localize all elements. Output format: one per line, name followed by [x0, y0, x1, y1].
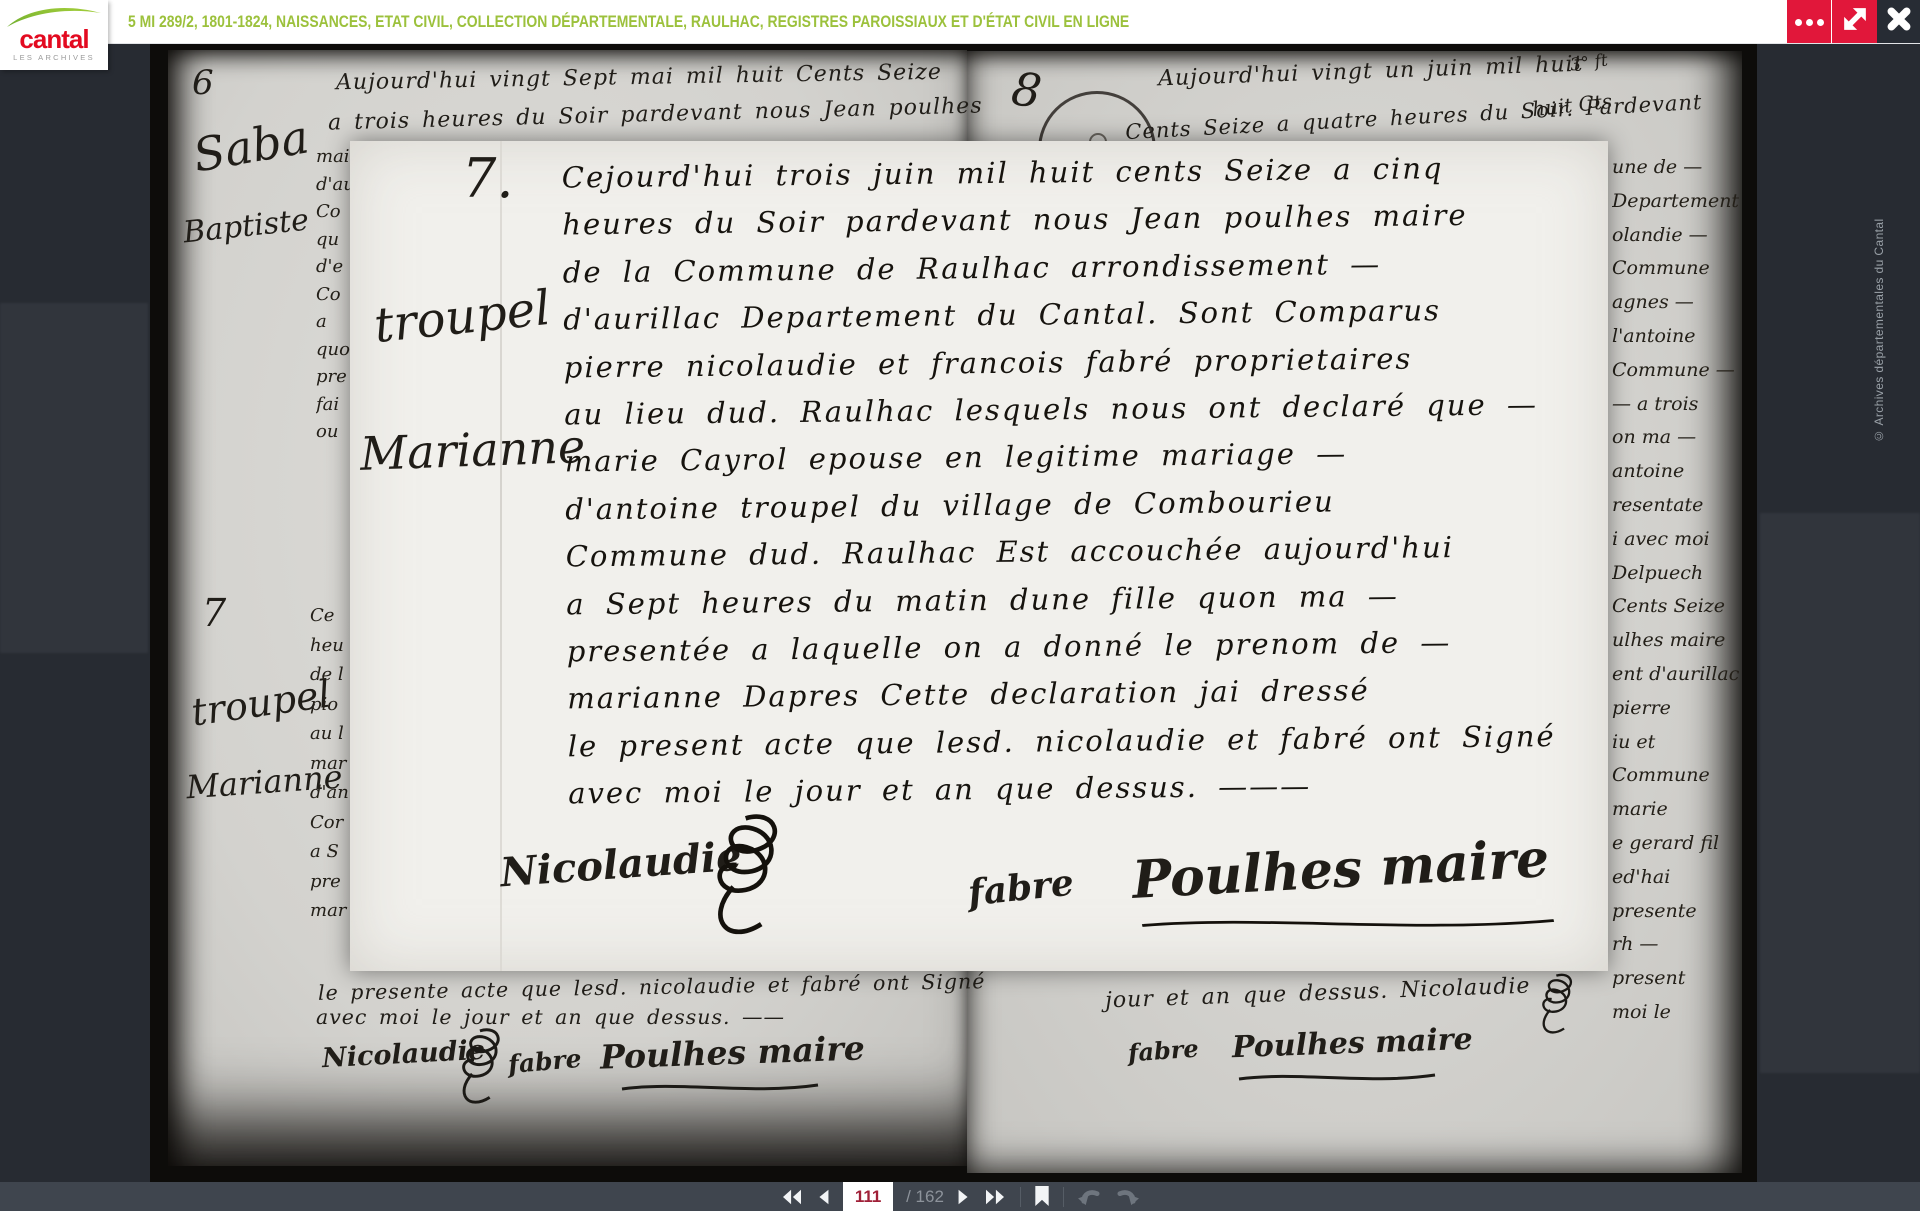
- signature-flourish: [1526, 971, 1582, 1046]
- magnifier-overlay[interactable]: 7. troupel Marianne Cejourd'hui trois ju…: [350, 141, 1608, 971]
- more-options-button[interactable]: [1787, 0, 1831, 43]
- chevron-left-icon: [817, 1188, 830, 1206]
- close-button[interactable]: [1877, 0, 1920, 43]
- expand-diagonal-icon: [1842, 6, 1868, 37]
- record6-left-fragments: maid'auCoqud'eCoaquoprefaiou: [316, 143, 352, 446]
- record7-left-fragments: Ceheude lpioau lmard'anCora Spremar: [310, 601, 348, 926]
- record7-closing-line: avec moi le jour et an que dessus. ——: [316, 1005, 785, 1029]
- fullscreen-button[interactable]: [1831, 0, 1878, 43]
- cantal-archives-logo[interactable]: cantal LES ARCHIVES: [0, 0, 108, 70]
- signature-underline-flourish: [600, 1079, 840, 1100]
- overlay-act-text: Cejourd'hui trois juin mil huit cents Se…: [562, 144, 1607, 819]
- first-page-button[interactable]: [780, 1182, 804, 1211]
- record8-right-fragments: une de —Departementolandie —Communeagnes…: [1612, 151, 1744, 1030]
- archive-viewer-window: 5 MI 289/2, 1801-1824, NAISSANCES, ETAT …: [0, 0, 1920, 1211]
- close-x-icon: [1887, 7, 1911, 36]
- pager-toolbar: / 162: [0, 1182, 1920, 1211]
- overlay-margin-firstname: Marianne: [359, 419, 586, 481]
- previous-page-button[interactable]: [817, 1182, 830, 1211]
- double-chevron-right-icon: [983, 1188, 1007, 1206]
- overlay-record-number: 7.: [462, 147, 514, 210]
- next-page-button[interactable]: [957, 1182, 970, 1211]
- page-number-input[interactable]: [843, 1182, 893, 1211]
- page-total-label: / 162: [906, 1187, 944, 1207]
- overlay-margin-name: troupel: [372, 280, 553, 354]
- bookmark-icon: [1034, 1186, 1050, 1207]
- double-chevron-left-icon: [780, 1188, 804, 1206]
- overlay-signature-poulhes-maire: Poulhes maire: [1131, 828, 1551, 911]
- redo-arrow-icon: [1115, 1186, 1140, 1207]
- signature-fabre: fabre: [1127, 1034, 1199, 1068]
- chevron-right-icon: [957, 1188, 970, 1206]
- background-engraving-right: [1760, 513, 1920, 1073]
- logo-tagline: LES ARCHIVES: [0, 53, 108, 62]
- top-bar: 5 MI 289/2, 1801-1824, NAISSANCES, ETAT …: [0, 0, 1920, 44]
- undo-arrow-icon: [1077, 1186, 1102, 1207]
- record6-number: 6: [192, 63, 214, 103]
- document-title: 5 MI 289/2, 1801-1824, NAISSANCES, ETAT …: [128, 0, 1129, 43]
- toolbar-separator: [1063, 1187, 1064, 1207]
- copyright-notice: © Archives départementales du Cantal: [1872, 113, 1892, 443]
- ellipsis-icon: [1793, 13, 1826, 31]
- undo-rotation-button[interactable]: [1077, 1182, 1102, 1211]
- signature-flourish: [682, 809, 800, 954]
- signature-underline-flourish: [1232, 1069, 1442, 1090]
- record7-number: 7: [202, 591, 226, 635]
- page-crease: [500, 141, 502, 971]
- image-viewer-area: 6 Saba Baptiste Aujourd'hui vingt Sept m…: [0, 43, 1920, 1182]
- logo-brand-text: cantal: [0, 26, 108, 52]
- signature-flourish: [442, 1025, 512, 1118]
- background-engraving-left: [0, 303, 148, 653]
- bookmark-button[interactable]: [1034, 1182, 1050, 1211]
- signature-underline-flourish: [1138, 913, 1558, 938]
- toolbar-separator: [1020, 1187, 1021, 1207]
- redo-rotation-button[interactable]: [1115, 1182, 1140, 1211]
- last-page-button[interactable]: [983, 1182, 1007, 1211]
- overlay-signature-fabre: fabre: [966, 862, 1076, 915]
